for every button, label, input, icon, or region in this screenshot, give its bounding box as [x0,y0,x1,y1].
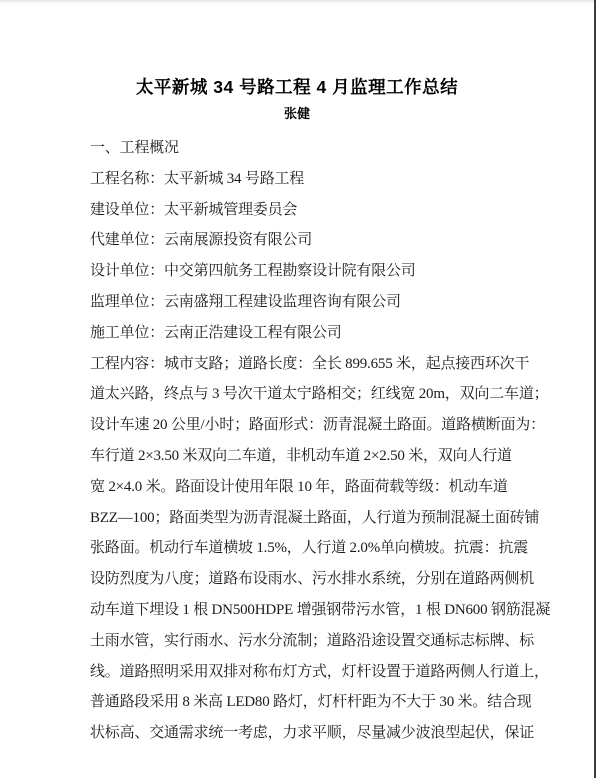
body-line: 工程内容：城市支路；道路长度：全长 899.655 米，起点接西环次干 [90,349,560,380]
page-top-shadow [0,0,596,5]
body-line: 施工单位：云南正浩建设工程有限公司 [90,318,560,349]
body-line: 张路面。机动行车道横坡 1.5%，人行道 2.0%单向横坡。抗震：抗震 [90,533,560,564]
section-heading: 一、工程概况 [90,133,560,164]
body-line: 道太兴路，终点与 3 号次干道太宁路相交；红线宽 20m，双向二车道； [90,379,560,410]
document-author: 张健 [0,103,594,122]
body-line: 宽 2×4.0 米。路面设计使用年限 10 年，路面荷载等级：机动车道 [90,472,560,503]
body-line: 土雨水管，实行雨水、污水分流制；道路沿途设置交通标志标牌、标 [90,626,560,657]
body-line: BZZ—100；路面类型为沥青混凝土路面，人行道为预制混凝土面砖铺 [90,503,560,534]
body-line: 状标高、交通需求统一考虑，力求平顺，尽量减少波浪型起伏，保证 [90,718,560,749]
body-line: 设计单位：中交第四航务工程勘察设计院有限公司 [90,256,560,287]
document-page: 太平新城 34 号路工程 4 月监理工作总结 张健 一、工程概况 工程名称：太平… [0,0,596,778]
body-line: 工程名称：太平新城 34 号路工程 [90,164,560,195]
body-line: 监理单位：云南盛翔工程建设监理咨询有限公司 [90,287,560,318]
body-line: 线。道路照明采用双排对称布灯方式，灯杆设置于道路两侧人行道上， [90,657,560,688]
body-line: 代建单位：云南展源投资有限公司 [90,225,560,256]
document-body: 一、工程概况 工程名称：太平新城 34 号路工程 建设单位：太平新城管理委员会 … [90,133,560,749]
body-line: 设计车速 20 公里/小时；路面形式：沥青混凝土路面。道路横断面为： [90,410,560,441]
body-line: 车行道 2×3.50 米双向二车道，非机动车道 2×2.50 米，双向人行道 [90,441,560,472]
body-line: 建设单位：太平新城管理委员会 [90,195,560,226]
body-line: 动车道下埋设 1 根 DN500HDPE 增强钢带污水管，1 根 DN600 钢… [90,595,560,626]
body-line: 普通路段采用 8 米高 LED80 路灯，灯杆杆距为不大于 30 米。结合现 [90,687,560,718]
body-line: 设防烈度为八度；道路布设雨水、污水排水系统，分别在道路两侧机 [90,564,560,595]
document-title: 太平新城 34 号路工程 4 月监理工作总结 [0,74,594,99]
